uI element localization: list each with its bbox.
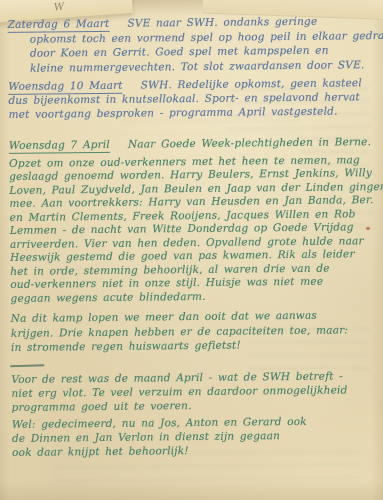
diary-paragraph-kamp: Na dit kamp lopen we meer dan ooit dat w… [11, 308, 375, 355]
handwritten-text: SVE naar SWH. ondanks geringe [127, 16, 317, 30]
diary-paragraph-april-rest: Voor de rest was de maand April - wat de… [11, 369, 375, 415]
red-ink-speck [366, 227, 370, 230]
separator-dash [10, 364, 44, 367]
handwritten-line: programma goed uit te voeren. [12, 397, 376, 415]
entry-date: Woensdag 7 April [9, 139, 110, 154]
handwritten-line: met voortgang besproken - programma Apri… [9, 104, 373, 122]
handwritten-content: Zaterdag 6 MaartSVE naar SWH. ondanks ge… [0, 0, 383, 500]
handwritten-text: Naar Goede Week-plechtigheden in Berne. [128, 136, 371, 151]
handwritten-line: kleine nummergevechten. Tot slot zwaarda… [8, 58, 372, 76]
diary-entry-7-april: Woensdag 7 AprilNaar Goede Week-plechtig… [9, 136, 375, 306]
scanned-notebook-page: W Zaterdag 6 MaartSVE naar SWH. ondanks … [0, 0, 383, 500]
diary-entry-10-maart: Woensdag 10 MaartSWH. Redelijke opkomst,… [8, 76, 372, 122]
entry-date: Zaterdag 6 Maart [8, 18, 110, 33]
handwritten-line: in stromende regen huiswaarts gefietst! [11, 337, 375, 355]
diary-paragraph-gedecimeerd: Wel: gedecimeerd, nu na Jos, Anton en Ge… [12, 414, 376, 460]
handwritten-text: SWH. Redelijke opkomst, geen kasteel [141, 77, 362, 91]
handwritten-line: ook daar knijpt het behoorlijk! [12, 442, 376, 460]
handwritten-line: Woensdag 7 AprilNaar Goede Week-plechtig… [9, 136, 373, 153]
diary-entry-6-maart: Zaterdag 6 MaartSVE naar SWH. ondanks ge… [8, 14, 373, 76]
